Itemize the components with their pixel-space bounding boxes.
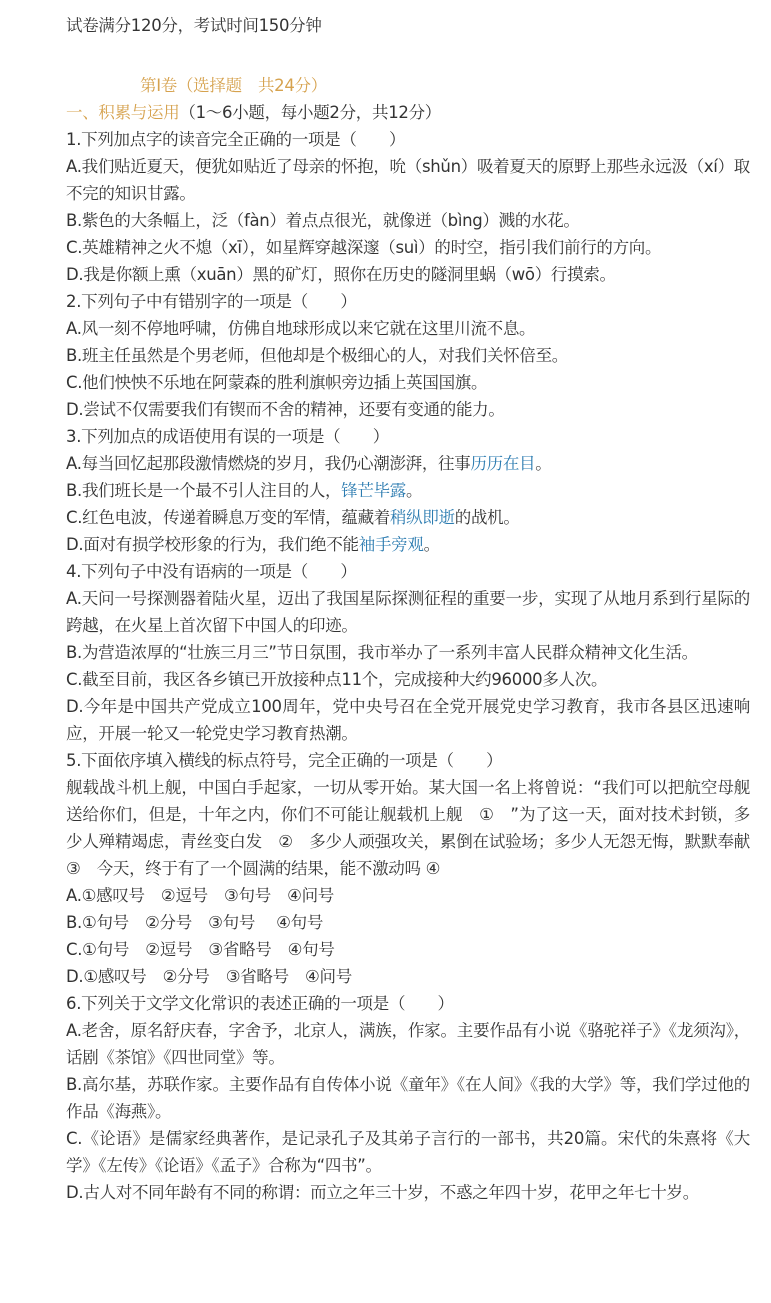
option-a: A.风一刻不停地呼啸，仿佛自地球形成以来它就在这里川流不息。 xyxy=(66,315,750,342)
question-stem: 2.下列句子中有错别字的一项是（ ） xyxy=(66,288,749,315)
spacer xyxy=(66,39,749,72)
option-c: C.截至目前，我区各乡镇已开放接种点11个，完成接种大约96000多人次。 xyxy=(66,666,750,693)
option-text: D.面对有损学校形象的行为，我们绝不能 xyxy=(66,535,359,554)
option-b: B.高尔基，苏联作家。主要作品有自传体小说《童年》《在人间》《我的大学》等，我们… xyxy=(66,1071,750,1125)
question-4: 4.下列句子中没有语病的一项是（ ） A.天问一号探测器着陆火星，迈出了我国星际… xyxy=(66,558,749,747)
section-note: （1～6小题，每小题2分，共12分） xyxy=(179,103,441,122)
option-text: 。 xyxy=(535,454,551,473)
option-c: C.《论语》是儒家经典著作，是记录孔子及其弟子言行的一部书，共20篇。宋代的朱熹… xyxy=(66,1125,750,1179)
option-d: D.尝试不仅需要我们有锲而不舍的精神，还要有变通的能力。 xyxy=(66,396,750,423)
option-c: C.红色电波，传递着瞬息万变的军情，蕴藏着稍纵即逝的战机。 xyxy=(66,504,750,531)
option-a: A.老舍，原名舒庆春，字舍予，北京人，满族，作家。主要作品有小说《骆驼祥子》《龙… xyxy=(66,1017,750,1071)
option-b: B.我们班长是一个最不引人注目的人，锋芒毕露。 xyxy=(66,477,750,504)
idiom-highlight: 稍纵即逝 xyxy=(390,508,455,527)
question-passage: 舰载战斗机上舰，中国白手起家，一切从零开始。某大国一名上将曾说：“我们可以把航空… xyxy=(66,774,750,882)
option-b: B.紫色的大条幅上，泛（fàn）着点点很光，就像迸（bìng）溅的水花。 xyxy=(66,207,750,234)
exam-info: 试卷满分120分，考试时间150分钟 xyxy=(66,12,749,39)
option-d: D.古人对不同年龄有不同的称谓：而立之年三十岁，不惑之年四十岁，花甲之年七十岁。 xyxy=(66,1179,750,1206)
idiom-highlight: 袖手旁观 xyxy=(359,535,424,554)
option-d: D.面对有损学校形象的行为，我们绝不能袖手旁观。 xyxy=(66,531,750,558)
question-5: 5.下面依序填入横线的标点符号，完全正确的一项是（ ） 舰载战斗机上舰，中国白手… xyxy=(66,747,749,990)
section-heading: 一、积累与运用（1～6小题，每小题2分，共12分） xyxy=(66,99,749,126)
option-text: B.我们班长是一个最不引人注目的人， xyxy=(66,481,341,500)
idiom-highlight: 历历在目 xyxy=(470,454,535,473)
option-c: C.英雄精神之火不熄（xī），如星辉穿越深邃（suì）的时空，指引我们前行的方向… xyxy=(66,234,750,261)
question-1: 1.下列加点字的读音完全正确的一项是（ ） A.我们贴近夏天，便犹如贴近了母亲的… xyxy=(66,126,749,288)
option-d: D.我是你额上熏（xuān）黑的矿灯，照你在历史的隧洞里蜗（wō）行摸索。 xyxy=(66,261,750,288)
option-a: A.天问一号探测器着陆火星，迈出了我国星际探测征程的重要一步，实现了从地月系到行… xyxy=(66,585,750,639)
option-a: A.每当回忆起那段激情燃烧的岁月，我仍心潮澎湃，往事历历在目。 xyxy=(66,450,750,477)
option-text: 的战机。 xyxy=(455,508,520,527)
question-stem: 1.下列加点字的读音完全正确的一项是（ ） xyxy=(66,126,749,153)
question-stem: 4.下列句子中没有语病的一项是（ ） xyxy=(66,558,749,585)
option-a: A.我们贴近夏天，便犹如贴近了母亲的怀抱，吮（shǔn）吸着夏天的原野上那些永远… xyxy=(66,153,750,207)
question-stem: 6.下列关于文学文化常识的表述正确的一项是（ ） xyxy=(66,990,749,1017)
option-b: B.班主任虽然是个男老师，但他却是个极细心的人，对我们关怀倍至。 xyxy=(66,342,750,369)
question-stem: 5.下面依序填入横线的标点符号，完全正确的一项是（ ） xyxy=(66,747,749,774)
question-stem: 3.下列加点的成语使用有误的一项是（ ） xyxy=(66,423,749,450)
option-c: C.①句号 ②逗号 ③省略号 ④句号 xyxy=(66,936,749,963)
question-3: 3.下列加点的成语使用有误的一项是（ ） A.每当回忆起那段激情燃烧的岁月，我仍… xyxy=(66,423,749,558)
option-c: C.他们怏怏不乐地在阿蒙森的胜利旗帜旁边插上英国国旗。 xyxy=(66,369,750,396)
option-d: D.今年是中国共产党成立100周年，党中央号召在全党开展党史学习教育，我市各县区… xyxy=(66,693,750,747)
idiom-highlight: 锋芒毕露 xyxy=(341,481,406,500)
option-text: 。 xyxy=(406,481,422,500)
option-text: C.红色电波，传递着瞬息万变的军情，蕴藏着 xyxy=(66,508,390,527)
volume-title: 第I卷（选择题 共24分） xyxy=(66,72,749,99)
question-2: 2.下列句子中有错别字的一项是（ ） A.风一刻不停地呼啸，仿佛自地球形成以来它… xyxy=(66,288,749,423)
option-d: D.①感叹号 ②分号 ③省略号 ④问号 xyxy=(66,963,749,990)
section-title: 一、积累与运用 xyxy=(66,103,179,122)
exam-page: 试卷满分120分，考试时间150分钟 第I卷（选择题 共24分） 一、积累与运用… xyxy=(0,0,771,1206)
option-b: B.为营造浓厚的“壮族三月三”节日氛围，我市举办了一系列丰富人民群众精神文化生活… xyxy=(66,639,750,666)
option-b: B.①句号 ②分号 ③句号 ④句号 xyxy=(66,909,749,936)
option-a: A.①感叹号 ②逗号 ③句号 ④问号 xyxy=(66,882,749,909)
option-text: 。 xyxy=(424,535,440,554)
option-text: A.每当回忆起那段激情燃烧的岁月，我仍心潮澎湃，往事 xyxy=(66,454,470,473)
question-6: 6.下列关于文学文化常识的表述正确的一项是（ ） A.老舍，原名舒庆春，字舍予，… xyxy=(66,990,749,1206)
